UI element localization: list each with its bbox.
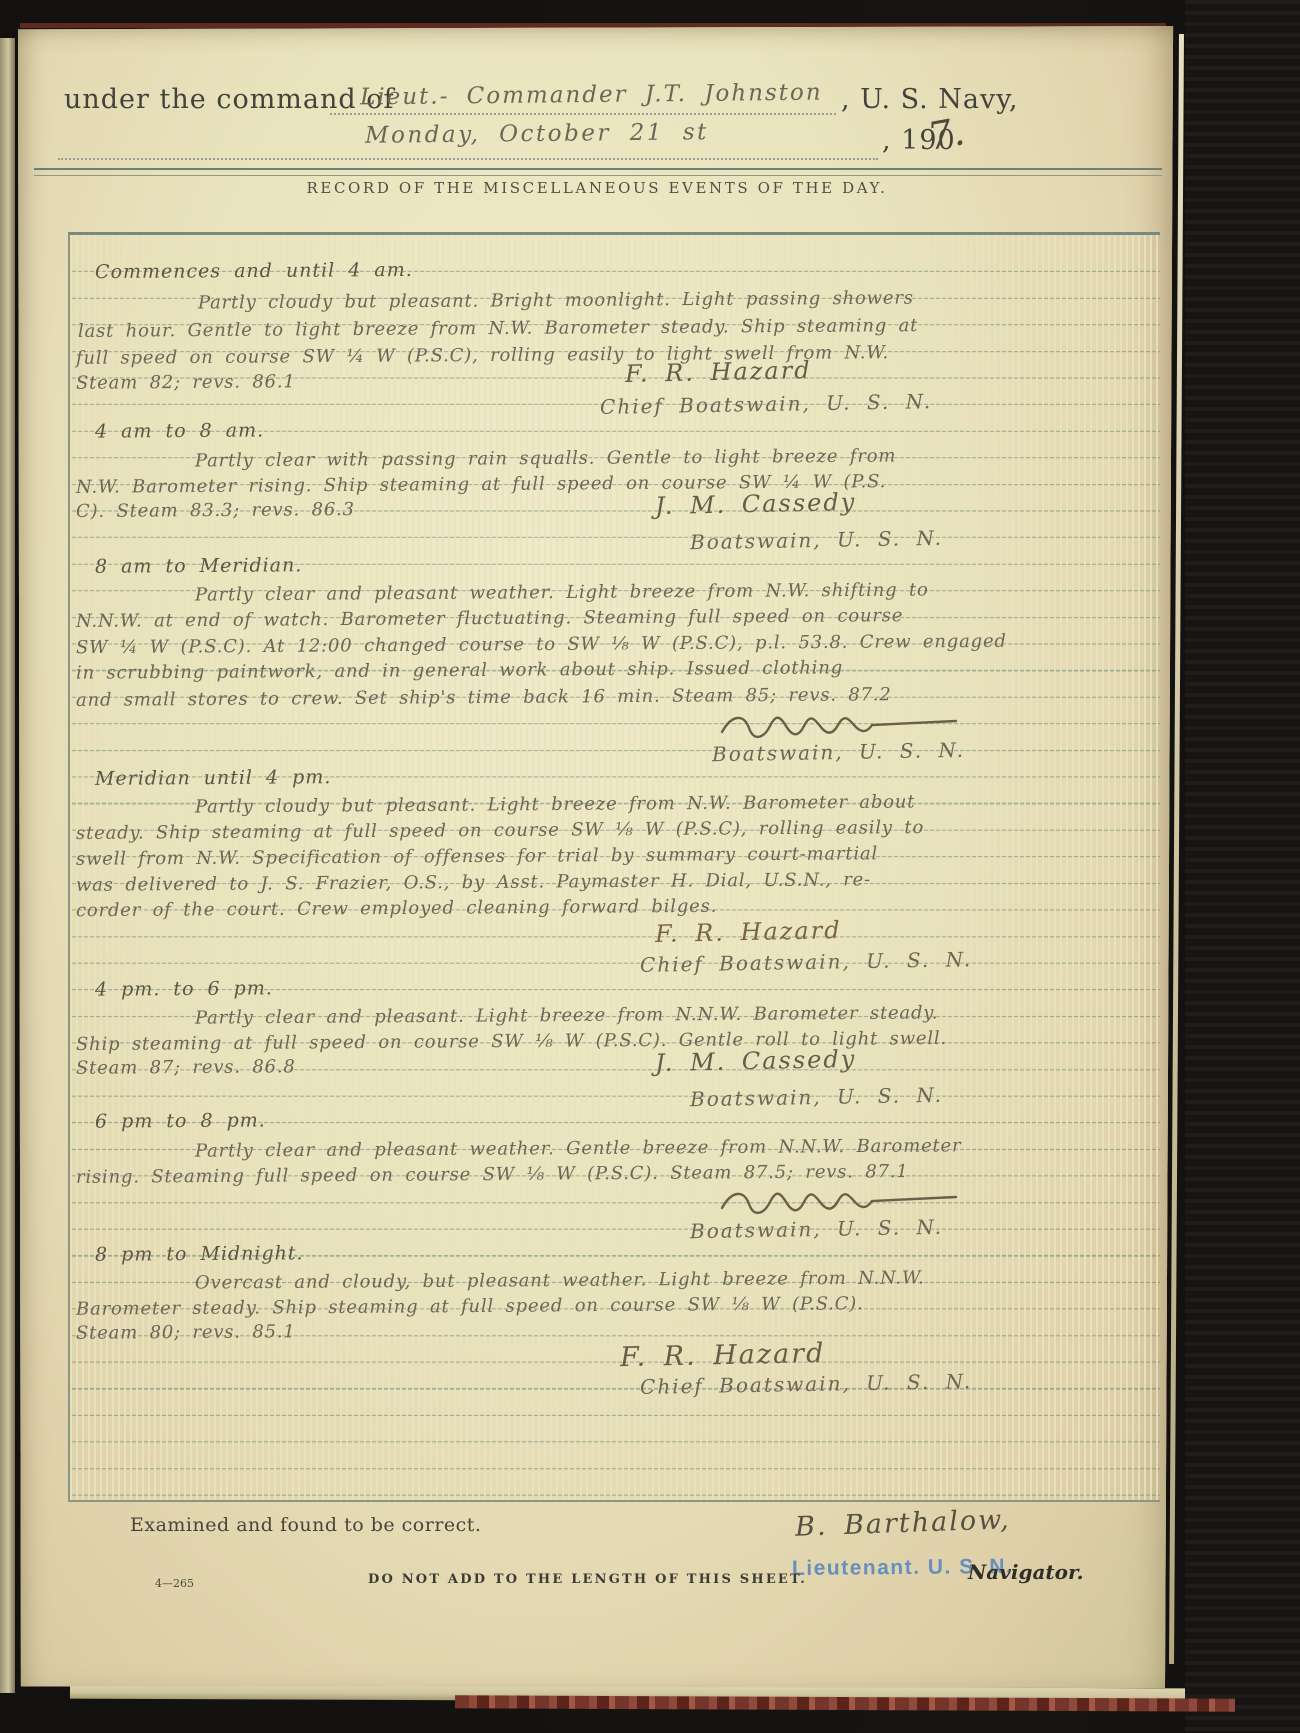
examined-statement: Examined and found to be correct. <box>130 1514 481 1536</box>
watch-period: Commences and until 4 am. <box>95 259 413 283</box>
marbled-page-edge <box>455 1695 1235 1711</box>
printed-navy-suffix: , U. S. Navy, <box>841 84 1019 115</box>
watch-signature: J. M. Cassedy <box>655 1045 857 1077</box>
previous-page-edge <box>0 38 15 1693</box>
log-line: Steam 87; revs. 86.8 <box>76 1056 296 1079</box>
form-number: 4—265 <box>155 1577 194 1590</box>
length-notice: DO NOT ADD TO THE LENGTH OF THIS SHEET. <box>368 1572 807 1587</box>
header-double-rule <box>34 168 1162 176</box>
signature-title: Boatswain, U. S. N. <box>712 738 965 766</box>
watch-signature: F. R. Hazard <box>625 356 812 388</box>
watch-signature: F. R. Hazard <box>655 916 842 948</box>
watch-period: Meridian until 4 pm. <box>95 766 332 790</box>
watch-period: 6 pm to 8 pm. <box>95 1109 266 1132</box>
handwritten-date: Monday, October 21 st <box>365 119 709 149</box>
handwritten-year-digit: 7. <box>924 109 967 159</box>
log-line: corder of the court. Crew employed clean… <box>76 896 717 921</box>
handwritten-commander-name: Lieut.- Commander J.T. Johnston <box>360 80 823 111</box>
watch-period: 4 am to 8 am. <box>95 419 264 442</box>
watch-period: 8 am to Meridian. <box>95 554 302 577</box>
scrawled-signature <box>718 712 963 740</box>
book-cover-background <box>1185 0 1300 1733</box>
watch-period: 4 pm. to 6 pm. <box>95 977 273 1000</box>
watch-signature: F. R. Hazard <box>620 1338 826 1373</box>
watch-signature: J. M. Cassedy <box>655 488 857 520</box>
signature-title: Boatswain, U. S. N. <box>690 1083 943 1111</box>
log-line: C). Steam 83.3; revs. 86.3 <box>76 499 355 522</box>
signature-title: Boatswain, U. S. N. <box>690 526 943 554</box>
log-line: Steam 82; revs. 86.1 <box>76 371 296 394</box>
navigator-label: Navigator. <box>968 1560 1084 1584</box>
logbook-scan: under the command of Lieut.- Commander J… <box>0 0 1300 1733</box>
watch-period: 8 pm to Midnight. <box>95 1242 304 1265</box>
scrawled-signature <box>718 1188 963 1216</box>
log-line: Steam 80; revs. 85.1 <box>76 1321 296 1344</box>
page-title: RECORD OF THE MISCELLANEOUS EVENTS OF TH… <box>18 179 1176 197</box>
signature-title: Boatswain, U. S. N. <box>690 1215 943 1243</box>
